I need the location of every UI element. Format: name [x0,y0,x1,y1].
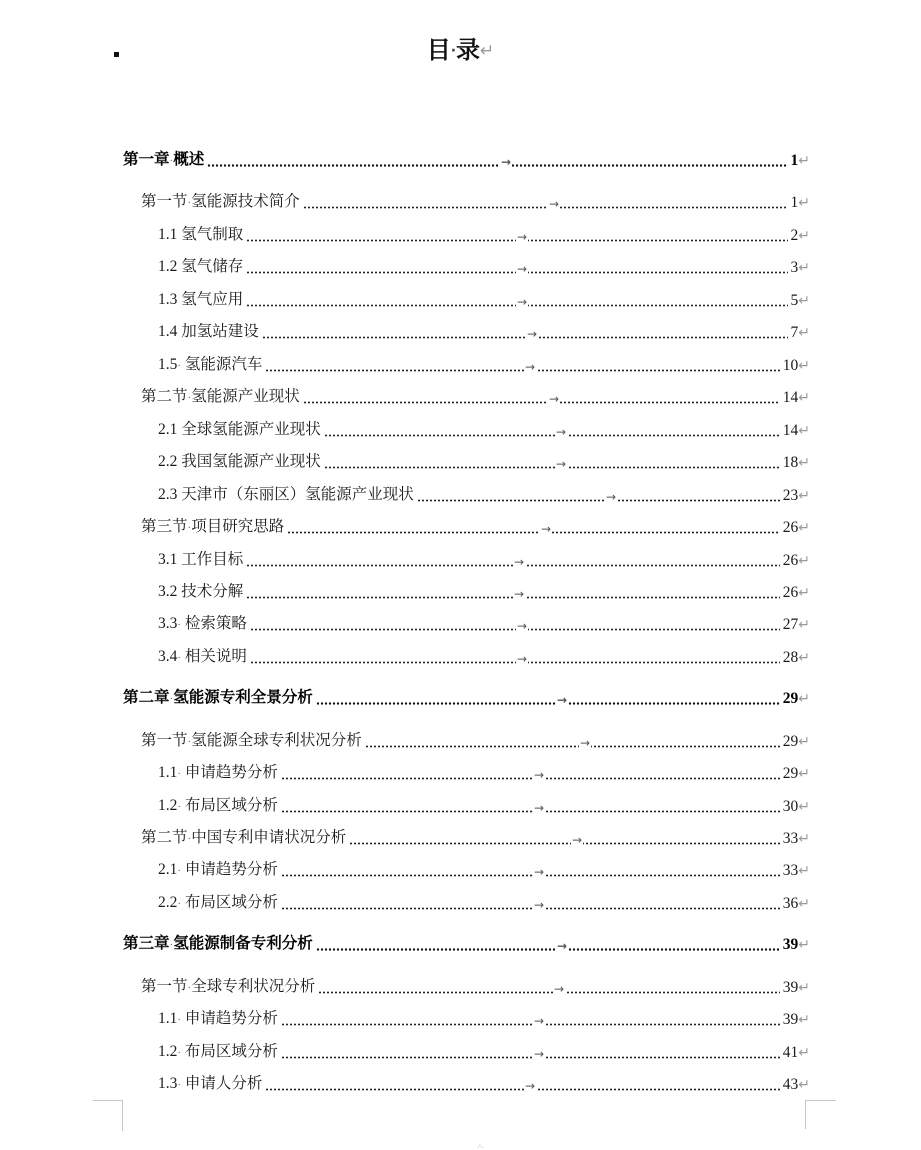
toc-entry-number: 1.2 [158,797,177,814]
toc-page-number: 14↵ [780,422,810,440]
toc-entry-text: 氢气应用 [177,291,243,308]
title-char-1: 目 [427,36,451,64]
paragraph-mark-icon: ↵ [798,1045,810,1061]
paragraph-mark-icon: ↵ [798,799,810,815]
toc-entry-sub[interactable]: 1.1· 申请趋势分析→29↵ [158,761,810,783]
toc-entry-text: 申请趋势分析 [181,861,278,878]
toc-entry-number: 第一节 [141,193,188,210]
toc-entry-sub[interactable]: 1.1 氢气制取→2↵ [158,223,810,245]
toc-entry-title: 第三章·氢能源制备专利分析 [123,935,316,954]
toc-entry-number: 1.3 [158,291,177,308]
dot-leader: → [281,1008,780,1026]
toc-entry-sub[interactable]: 1.5· 氢能源汽车→10↵ [158,353,810,375]
tab-arrow-icon: → [533,899,545,911]
toc-entry-title: 1.1· 申请趋势分析 [158,764,281,783]
toc-entry-sub[interactable]: 3.4· 相关说明→28↵ [158,645,810,667]
toc-entry-title: 1.2· 布局区域分析 [158,797,281,816]
toc-page-number: 29↵ [780,765,810,783]
dot-leader: → [262,321,788,339]
paragraph-mark-icon: ↵ [798,691,810,707]
dot-leader: → [246,289,787,307]
toc-entry-number: 第一节 [141,978,188,995]
dot-leader: → [250,646,780,664]
toc-entry-number: 1.3 [158,1075,177,1092]
toc-page-number: 39↵ [780,1011,810,1029]
toc-entry-sub[interactable]: 1.1· 申请趋势分析→39↵ [158,1007,810,1029]
paragraph-mark-icon: ↵ [798,358,810,374]
toc-entry-number: 第二节 [141,388,188,405]
paragraph-mark-icon: ↵ [798,1077,810,1093]
toc-page-number: 39↵ [780,979,810,997]
toc-entry-title: 2.1· 申请趋势分析 [158,861,281,880]
dot-leader: → [281,795,780,813]
toc-entry-title: 第二节·氢能源产业现状 [141,388,303,407]
toc-entry-section[interactable]: 第一节·氢能源全球专利状况分析 →29↵ [141,729,810,751]
tab-arrow-icon: → [555,426,567,438]
toc-entry-number: 第二节 [141,829,188,846]
toc-page-number: 36↵ [780,895,810,913]
tab-arrow-icon: → [540,523,552,535]
toc-entry-text: 申请趋势分析 [181,764,278,781]
paragraph-mark-icon: ↵ [798,863,810,879]
dot-leader: → [417,484,780,502]
toc-entry-sub[interactable]: 3.2 技术分解→26↵ [158,580,810,602]
toc-page-number: 28↵ [780,649,810,667]
page-number: 23 [783,487,799,504]
toc-entry-number: 1.4 [158,323,177,340]
toc-entry-text: 氢能源制备专利分析 [173,935,313,952]
toc-page-number: 29↵ [780,690,810,708]
toc-entry-text: 氢气储存 [177,258,243,275]
toc-entry-sub[interactable]: 2.2 我国氢能源产业现状→18↵ [158,450,810,472]
tab-arrow-icon: → [579,737,591,749]
paragraph-mark-icon: ↵ [798,896,810,912]
page-number: 43 [783,1076,799,1093]
page-number: 27 [783,616,799,633]
dot-leader: → [318,976,780,994]
tab-arrow-icon: → [533,769,545,781]
toc-entry-title: 第一节·氢能源全球专利状况分析 [141,732,365,751]
toc-page-number: 23↵ [780,487,810,505]
toc-entry-text: 技术分解 [177,583,243,600]
tab-arrow-icon: → [548,198,560,210]
tab-arrow-icon: → [605,491,617,503]
tab-arrow-icon: → [526,328,538,340]
dot-leader: → [303,386,780,404]
paragraph-mark-icon: ↵ [798,1012,810,1028]
page-number: 26 [783,519,799,536]
page-number: 14 [783,422,799,439]
page-number: 41 [783,1044,799,1061]
tab-arrow-icon: → [513,588,525,600]
toc-page-number: 29↵ [780,733,810,751]
tab-arrow-icon: → [553,983,565,995]
dot-leader: → [246,549,780,567]
toc-entry-title: 1.1 氢气制取 [158,226,246,245]
paragraph-mark-icon: ↵ [798,980,810,996]
tab-arrow-icon: → [516,620,528,632]
dot-leader: → [303,191,788,209]
dot-leader: → [281,1041,780,1059]
page-number: 29 [783,690,799,707]
toc-entry-number: 1.1 [158,764,177,781]
paragraph-mark-icon: ↵ [798,488,810,504]
page-number: 14 [783,389,799,406]
toc-entry-sub[interactable]: 1.3 氢气应用→5↵ [158,288,810,310]
toc-entry-title: 3.3· 检索策略 [158,615,250,634]
toc-entry-title: 2.3 天津市（东丽区）氢能源产业现状 [158,486,417,505]
toc-page-number: 26↵ [780,552,810,570]
toc-entry-sub[interactable]: 1.4 加氢站建设→7↵ [158,320,810,342]
footer-mark: ∴. [478,1143,485,1150]
paragraph-mark-icon: ↵ [798,650,810,666]
paragraph-mark-icon: ↵ [798,325,810,341]
tab-arrow-icon: → [533,1048,545,1060]
paragraph-mark-icon: ↵ [798,195,810,211]
toc-entry-sub[interactable]: 2.1 全球氢能源产业现状→14↵ [158,418,810,440]
toc-entry-sub[interactable]: 2.1· 申请趋势分析→33↵ [158,858,810,880]
toc-entry-number: 第三节 [141,518,188,535]
dot-leader: → [250,613,780,631]
dot-leader: → [207,149,787,167]
paragraph-mark-icon: ↵ [798,831,810,847]
tab-arrow-icon: → [500,156,512,168]
page-title: 目·录↵ [0,30,921,65]
paragraph-mark-icon: ↵ [798,937,810,953]
tab-arrow-icon: → [533,802,545,814]
toc-entry-title: 第二节·中国专利申请状况分析 [141,829,349,848]
toc-page-number: 30↵ [780,798,810,816]
page-number: 39 [783,1011,799,1028]
tab-arrow-icon: → [533,866,545,878]
toc-entry-text: 工作目标 [177,551,243,568]
toc-entry-text: 我国氢能源产业现状 [177,453,320,470]
toc-entry-number: 3.2 [158,583,177,600]
toc-entry-title: 第一节·氢能源技术简介 [141,193,303,212]
toc-entry-title: 第一节·全球专利状况分析 [141,978,318,997]
toc-page-number: 2↵ [788,227,810,245]
toc-entry-title: 1.2 氢气储存 [158,258,246,277]
dot-leader: → [281,859,780,877]
toc-entry-number: 第一节 [141,732,188,749]
page-number: 30 [783,798,799,815]
dot-leader: → [365,730,780,748]
paragraph-mark-icon: ↵ [798,520,810,536]
toc-entry-number: 第一章 [123,151,170,168]
toc-entry-title: 1.3· 申请人分析 [158,1075,265,1094]
dot-leader: → [246,256,787,274]
toc-entry-title: 2.2· 布局区域分析 [158,894,281,913]
page-number: 18 [783,454,799,471]
toc-entry-sub[interactable]: 1.3· 申请人分析→43↵ [158,1072,810,1094]
title-char-2: 录 [456,36,480,64]
dot-leader: → [324,451,780,469]
toc-entry-number: 2.2 [158,894,177,911]
dot-leader: → [281,762,780,780]
page-number: 36 [783,895,799,912]
tab-arrow-icon: → [556,940,568,952]
paragraph-mark-icon: ↵ [798,455,810,471]
toc-entry-title: 第三节·项目研究思路 [141,518,287,537]
toc-entry-text: 氢能源专利全景分析 [173,689,313,706]
dot-leader: → [265,1073,779,1091]
toc-entry-section[interactable]: 第三节·项目研究思路 →26↵ [141,515,810,537]
paragraph-mark-icon: ↵ [798,153,810,169]
toc-page-number: 33↵ [780,862,810,880]
paragraph-mark-icon: ↵ [798,553,810,569]
toc-entry-text: 氢能源汽车 [181,356,262,373]
dot-leader: → [246,581,780,599]
toc-entry-number: 3.3 [158,615,177,632]
toc-entry-title: 第一章·概述 [123,151,207,170]
toc-entry-number: 1.2 [158,258,177,275]
toc-entry-number: 1.2 [158,1043,177,1060]
toc-entry-title: 1.5· 氢能源汽车 [158,356,265,375]
toc-entry-number: 2.2 [158,453,177,470]
page-corner-mark-right [805,1100,836,1129]
paragraph-mark-icon: ↵ [798,766,810,782]
toc-entry-text: 氢能源产业现状 [191,388,300,405]
paragraph-mark-icon: ↵ [798,617,810,633]
toc-page-number: 1↵ [788,152,810,170]
page-number: 33 [783,830,799,847]
toc-entry-text: 全球氢能源产业现状 [177,421,320,438]
toc-entry-text: 氢能源全球专利状况分析 [191,732,362,749]
toc-entry-text: 申请趋势分析 [181,1010,278,1027]
page-number: 33 [783,862,799,879]
toc-page-number: 41↵ [780,1044,810,1062]
paragraph-mark-icon: ↵ [798,228,810,244]
toc-page-number: 3↵ [788,259,810,277]
toc-entry-text: 布局区域分析 [181,1043,278,1060]
toc-entry-title: 3.1 工作目标 [158,551,246,570]
toc-entry-title: 1.1· 申请趋势分析 [158,1010,281,1029]
page-number: 26 [783,552,799,569]
toc-entry-sub[interactable]: 3.1 工作目标→26↵ [158,548,810,570]
toc-entry-number: 1.1 [158,226,177,243]
toc-entry-number: 第三章 [123,935,170,952]
toc-entry-chapter[interactable]: 第一章·概述→1↵ [123,148,810,170]
toc-entry-text: 氢气制取 [177,226,243,243]
paragraph-mark-icon: ↵ [798,423,810,439]
toc-entry-number: 1.1 [158,1010,177,1027]
paragraph-mark-icon: ↵ [798,734,810,750]
paragraph-mark-icon: ↵ [798,390,810,406]
toc-page-number: 18↵ [780,454,810,472]
toc-entry-title: 3.4· 相关说明 [158,648,250,667]
page-number: 29 [783,733,799,750]
toc-entry-text: 布局区域分析 [181,894,278,911]
toc-entry-text: 相关说明 [181,648,247,665]
toc-entry-number: 1.5 [158,356,177,373]
toc-entry-text: 概述 [173,151,204,168]
toc-entry-title: 1.3 氢气应用 [158,291,246,310]
toc-entry-text: 申请人分析 [181,1075,262,1092]
toc-entry-section[interactable]: 第二节·中国专利申请状况分析 →33↵ [141,826,810,848]
paragraph-mark-icon: ↵ [798,260,810,276]
toc-entry-number: 3.4 [158,648,177,665]
page-number: 29 [783,765,799,782]
tab-arrow-icon: → [524,1080,536,1092]
paragraph-mark-icon: ↵ [798,293,810,309]
toc-page-number: 33↵ [780,830,810,848]
page-number: 10 [783,357,799,374]
toc-page-number: 5↵ [788,292,810,310]
tab-arrow-icon: → [555,458,567,470]
page-number: 26 [783,584,799,601]
paragraph-mark-icon: ↵ [798,585,810,601]
tab-arrow-icon: → [571,834,583,846]
tab-arrow-icon: → [548,393,560,405]
toc-page-number: 7↵ [788,324,810,342]
toc-entry-number: 2.1 [158,421,177,438]
dot-leader: → [287,516,780,534]
toc-entry-title: 1.2· 布局区域分析 [158,1043,281,1062]
toc-entry-title: 3.2 技术分解 [158,583,246,602]
dot-leader: → [281,892,780,910]
toc-entry-text: 天津市（东丽区）氢能源产业现状 [177,486,413,503]
dot-leader: → [349,827,780,845]
toc-entry-sub[interactable]: 2.3 天津市（东丽区）氢能源产业现状→23↵ [158,483,810,505]
toc-entry-title: 2.1 全球氢能源产业现状 [158,421,324,440]
toc-entry-text: 项目研究思路 [191,518,284,535]
toc-entry-chapter[interactable]: 第二章·氢能源专利全景分析→29↵ [123,686,810,708]
toc-page-number: 26↵ [780,584,810,602]
toc-page-number: 43↵ [780,1076,810,1094]
tab-arrow-icon: → [516,263,528,275]
toc-entry-chapter[interactable]: 第三章·氢能源制备专利分析→39↵ [123,932,810,954]
toc-entry-sub[interactable]: 1.2· 布局区域分析→30↵ [158,794,810,816]
toc-page-number: 39↵ [780,936,810,954]
tab-arrow-icon: → [516,653,528,665]
page-number: 28 [783,649,799,666]
toc-page-number: 27↵ [780,616,810,634]
page-corner-mark-left [93,1100,123,1131]
dot-leader: → [246,224,787,242]
tab-arrow-icon: → [524,361,536,373]
dot-leader: → [316,687,780,705]
toc-entry-text: 加氢站建设 [177,323,258,340]
dot-leader: → [316,933,780,951]
toc-entry-text: 中国专利申请状况分析 [191,829,346,846]
toc-entry-text: 布局区域分析 [181,797,278,814]
toc-entry-title: 1.4 加氢站建设 [158,323,262,342]
toc-page-number: 14↵ [780,389,810,407]
dot-leader: → [265,354,779,372]
toc-entry-sub[interactable]: 2.2· 布局区域分析→36↵ [158,891,810,913]
toc-entry-number: 第二章 [123,689,170,706]
toc-entry-text: 检索策略 [181,615,247,632]
tab-arrow-icon: → [556,694,568,706]
toc-entry-sub[interactable]: 3.3· 检索策略→27↵ [158,612,810,634]
toc-page-number: 26↵ [780,519,810,537]
paragraph-mark-icon: ↵ [480,41,494,61]
dot-leader: → [324,419,780,437]
toc-page-number: 10↵ [780,357,810,375]
toc-entry-sub[interactable]: 1.2· 布局区域分析→41↵ [158,1040,810,1062]
toc-entry-number: 3.1 [158,551,177,568]
tab-arrow-icon: → [516,231,528,243]
toc-page-number: 1↵ [788,194,810,212]
toc-entry-title: 第二章·氢能源专利全景分析 [123,689,316,708]
toc-entry-number: 2.1 [158,861,177,878]
toc-entry-section[interactable]: 第一节·氢能源技术简介 →1↵ [141,190,810,212]
toc-entry-section[interactable]: 第二节·氢能源产业现状 →14↵ [141,385,810,407]
toc-entry-sub[interactable]: 1.2 氢气储存→3↵ [158,255,810,277]
tab-arrow-icon: → [516,296,528,308]
page-number: 39 [783,936,799,953]
tab-arrow-icon: → [533,1015,545,1027]
toc-entry-text: 氢能源技术简介 [191,193,300,210]
page-number: 39 [783,979,799,996]
toc-entry-text: 全球专利状况分析 [191,978,315,995]
toc-entry-section[interactable]: 第一节·全球专利状况分析 →39↵ [141,975,810,997]
toc-entry-title: 2.2 我国氢能源产业现状 [158,453,324,472]
toc-entry-number: 2.3 [158,486,177,503]
tab-arrow-icon: → [513,556,525,568]
